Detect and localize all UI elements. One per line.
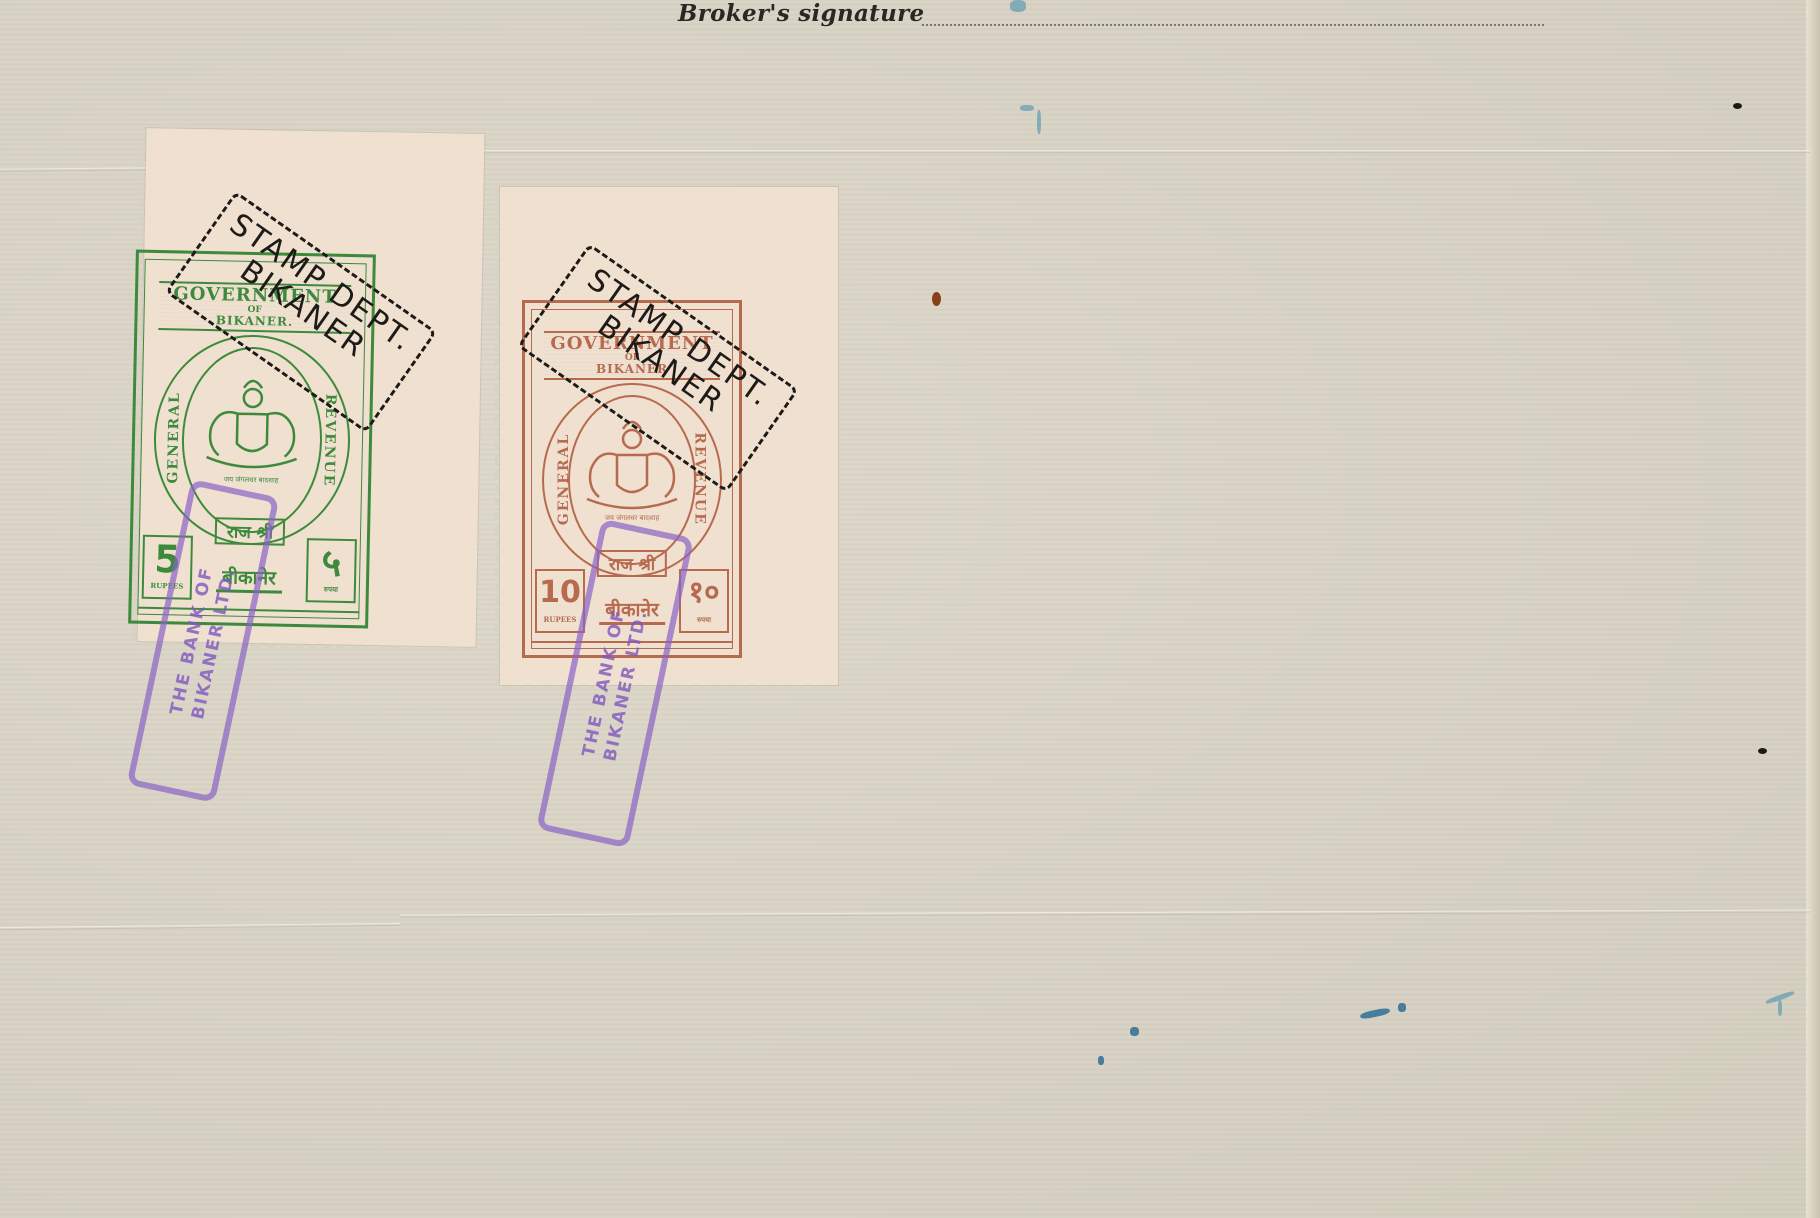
ink-mark [1398, 1003, 1406, 1012]
stamp-value-hindi: ५ रुपया [306, 538, 357, 603]
ink-mark [1037, 110, 1041, 134]
signature-line [922, 24, 1544, 26]
ink-mark [1130, 1027, 1139, 1036]
rust-spot [932, 292, 941, 306]
fold-line [480, 150, 1810, 153]
stamp-side-label: GENERAL [556, 433, 572, 525]
ink-mark [1010, 0, 1026, 12]
coat-of-arms-icon [196, 373, 308, 475]
ink-mark [1778, 1000, 1782, 1016]
punch-hole [1733, 103, 1742, 109]
stamp-value-english: 10 RUPEES [535, 569, 585, 633]
ink-mark [1020, 105, 1034, 111]
ink-mark [1098, 1056, 1104, 1065]
perforation [495, 187, 505, 685]
page-edge [1806, 0, 1820, 1218]
stamp-side-label: GENERAL [165, 391, 183, 484]
broker-signature-label: Broker's signature [678, 0, 924, 27]
stamp-motto: जय जंगलधर बादशाह [224, 475, 279, 485]
punch-hole [1758, 748, 1767, 754]
perforation [500, 680, 838, 690]
stamp-value-hindi: १० रुपया [679, 569, 729, 633]
